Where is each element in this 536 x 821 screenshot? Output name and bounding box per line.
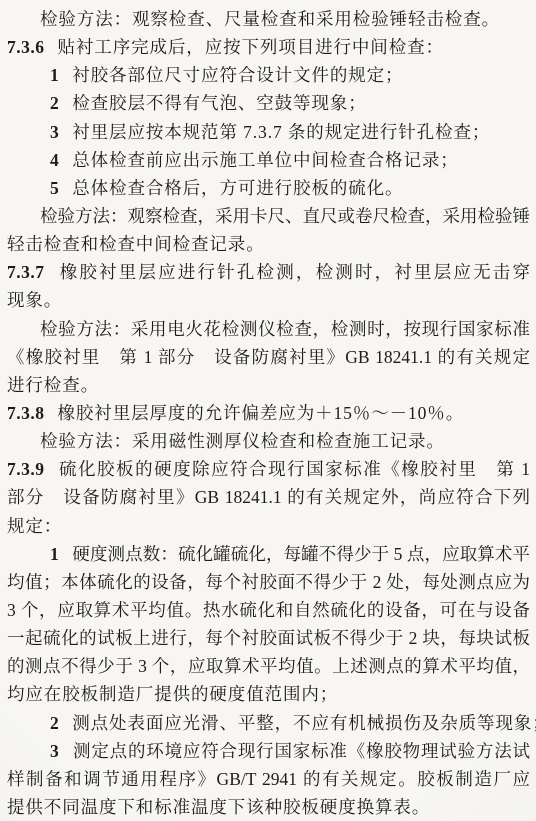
line-clause-7-3-9-b: 部分 设备防腐衬里》GB 18241.1 的有关规定外，尚应符合下列 xyxy=(7,483,530,511)
line-text: 检验方法：观察检查，采用卡尺、直尺或卷尺检查，采用检验锤 xyxy=(40,206,530,226)
line-text: 贴衬工序完成后，应按下列项目进行中间检查： xyxy=(58,37,444,57)
line-7-3-9-item-3-a: 3测定点的环境应符合现行国家标准《橡胶物理试验方法试 xyxy=(7,737,530,765)
line-text: 一起硫化的试板上进行，每个衬胶面试板不得少于 2 块，每块试板 xyxy=(7,628,530,648)
item-number: 1 xyxy=(50,65,59,85)
line-text: 检验方法：采用磁性测厚仪检查和检查施工记录。 xyxy=(40,431,445,451)
line-text: 均应在胶板制造厂提供的硬度值范围内； xyxy=(7,684,338,704)
line-7-3-7-method-3: 进行检查。 xyxy=(7,371,530,399)
line-7-3-9-item-2: 2测点处表面应光滑、平整，不应有机械损伤及杂质等现象； xyxy=(7,709,530,737)
line-7-3-9-item-1-e: 的测点不得少于 3 个，应取算术平均值。上述测点的算术平均值， xyxy=(7,652,530,680)
item-number: 5 xyxy=(50,178,59,198)
item-number: 3 xyxy=(50,741,59,761)
line-text: 现象。 xyxy=(7,290,62,310)
line-7-3-9-item-1-f: 均应在胶板制造厂提供的硬度值范围内； xyxy=(7,680,530,708)
line-text: 总体检查前应出示施工单位中间检查合格记录； xyxy=(72,150,458,170)
line-text: 检验方法：观察检查、尺量检查和采用检验锤轻击检查。 xyxy=(40,9,500,29)
line-text: 测定点的环境应符合现行国家标准《橡胶物理试验方法试 xyxy=(72,741,530,761)
line-text: 的测点不得少于 3 个，应取算术平均值。上述测点的算术平均值， xyxy=(7,656,530,676)
item-number: 2 xyxy=(50,93,59,113)
item-number: 1 xyxy=(50,544,59,564)
item-number: 3 xyxy=(50,122,59,142)
line-text: 进行检查。 xyxy=(7,375,99,395)
line-text: 衬里层应按本规范第 7.3.7 条的规定进行针孔检查； xyxy=(72,122,490,142)
item-number: 2 xyxy=(50,713,59,733)
line-7-3-9-item-1-c: 3 个，应取算术平均值。热水硫化和自然硫化的设备，可在与设备 xyxy=(7,596,530,624)
document-page: 检验方法：观察检查、尺量检查和采用检验锤轻击检查。 7.3.6贴衬工序完成后，应… xyxy=(0,0,536,821)
line-method-after-7-3-5: 检验方法：观察检查、尺量检查和采用检验锤轻击检查。 xyxy=(7,5,530,33)
line-7-3-9-item-1-a: 1硬度测点数：硫化罐硫化，每罐不得少于 5 点，应取算术平 xyxy=(7,540,530,568)
line-7-3-6-method-1: 检验方法：观察检查，采用卡尺、直尺或卷尺检查，采用检验锤 xyxy=(7,202,530,230)
line-7-3-6-method-2: 轻击检查和检查中间检查记录。 xyxy=(7,230,530,258)
clause-number: 7.3.6 xyxy=(7,37,45,57)
line-7-3-6-item-4: 4总体检查前应出示施工单位中间检查合格记录； xyxy=(7,146,530,174)
line-clause-7-3-8: 7.3.8橡胶衬里层厚度的允许偏差应为＋15％～－10％。 xyxy=(7,399,530,427)
line-clause-7-3-7-b: 现象。 xyxy=(7,286,530,314)
clause-number: 7.3.7 xyxy=(7,262,45,282)
line-clause-7-3-9-c: 规定： xyxy=(7,512,530,540)
clause-number: 7.3.9 xyxy=(7,459,45,479)
line-7-3-9-item-1-d: 一起硫化的试板上进行，每个衬胶面试板不得少于 2 块，每块试板 xyxy=(7,624,530,652)
line-text: 总体检查合格后，方可进行胶板的硫化。 xyxy=(72,178,403,198)
line-text: 硫化胶板的硬度除应符合现行国家标准《橡胶衬里 第 1 xyxy=(58,459,531,479)
line-text: 样制备和调节通用程序》GB/T 2941 的有关规定。胶板制造厂应 xyxy=(7,769,530,789)
clause-number: 7.3.8 xyxy=(7,403,45,423)
line-7-3-6-item-5: 5总体检查合格后，方可进行胶板的硫化。 xyxy=(7,174,530,202)
line-7-3-6-item-2: 2检查胶层不得有气泡、空鼓等现象； xyxy=(7,89,530,117)
line-text: 规定： xyxy=(7,516,62,536)
line-clause-7-3-7-a: 7.3.7橡胶衬里层应进行针孔检测，检测时，衬里层应无击穿 xyxy=(7,258,530,286)
line-clause-7-3-6: 7.3.6贴衬工序完成后，应按下列项目进行中间检查： xyxy=(7,33,530,61)
line-text: 提供不同温度下和标准温度下该种胶板硬度换算表。 xyxy=(7,797,430,817)
line-text: 检验方法：采用电火花检测仪检查，检测时，按现行国家标准 xyxy=(40,319,530,339)
line-text: 轻击检查和检查中间检查记录。 xyxy=(7,234,265,254)
line-text: 3 个，应取算术平均值。热水硫化和自然硫化的设备，可在与设备 xyxy=(7,600,530,620)
line-text: 均值；本体硫化的设备，每个衬胶面不得少于 2 处，每处测点应为 xyxy=(7,572,530,592)
line-7-3-9-item-3-b: 样制备和调节通用程序》GB/T 2941 的有关规定。胶板制造厂应 xyxy=(7,765,530,793)
line-text: 橡胶衬里层厚度的允许偏差应为＋15％～－10％。 xyxy=(58,403,465,423)
item-number: 4 xyxy=(50,150,59,170)
line-clause-7-3-9-a: 7.3.9硫化胶板的硬度除应符合现行国家标准《橡胶衬里 第 1 xyxy=(7,455,530,483)
line-7-3-7-method-1: 检验方法：采用电火花检测仪检查，检测时，按现行国家标准 xyxy=(7,315,530,343)
line-7-3-6-item-3: 3衬里层应按本规范第 7.3.7 条的规定进行针孔检查； xyxy=(7,118,530,146)
line-7-3-7-method-2: 《橡胶衬里 第 1 部分 设备防腐衬里》GB 18241.1 的有关规定 xyxy=(7,343,530,371)
line-7-3-9-item-1-b: 均值；本体硫化的设备，每个衬胶面不得少于 2 处，每处测点应为 xyxy=(7,568,530,596)
line-7-3-9-item-3-c: 提供不同温度下和标准温度下该种胶板硬度换算表。 xyxy=(7,793,530,821)
line-text: 橡胶衬里层应进行针孔检测，检测时，衬里层应无击穿 xyxy=(58,262,531,282)
line-text: 检查胶层不得有气泡、空鼓等现象； xyxy=(72,93,366,113)
line-7-3-6-item-1: 1衬胶各部位尺寸应符合设计文件的规定； xyxy=(7,61,530,89)
line-7-3-8-method: 检验方法：采用磁性测厚仪检查和检查施工记录。 xyxy=(7,427,530,455)
line-text: 《橡胶衬里 第 1 部分 设备防腐衬里》GB 18241.1 的有关规定 xyxy=(7,347,530,367)
line-text: 测点处表面应光滑、平整，不应有机械损伤及杂质等现象； xyxy=(72,713,536,733)
line-text: 衬胶各部位尺寸应符合设计文件的规定； xyxy=(72,65,403,85)
line-text: 硬度测点数：硫化罐硫化，每罐不得少于 5 点，应取算术平 xyxy=(72,544,530,564)
line-text: 部分 设备防腐衬里》GB 18241.1 的有关规定外，尚应符合下列 xyxy=(7,487,530,507)
